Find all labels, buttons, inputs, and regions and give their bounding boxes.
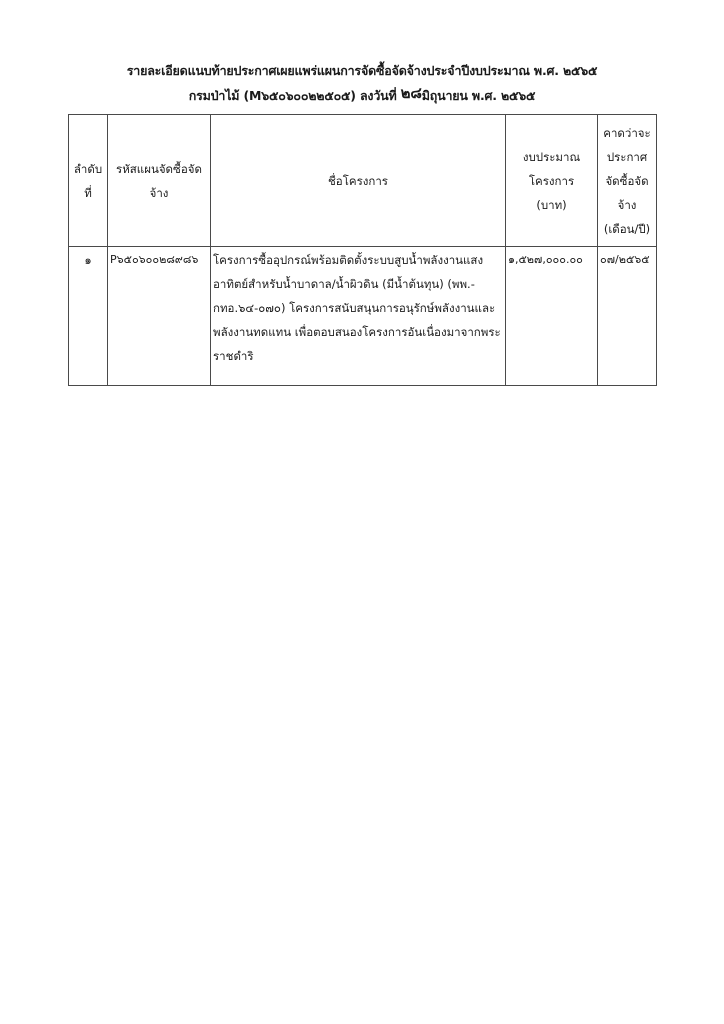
subtitle-suffix: มิถุนายน พ.ศ. ๒๕๖๕ bbox=[422, 88, 536, 103]
subtitle-prefix: กรมป่าไม้ (M๖๕๐๖๐๐๒๒๕๐๕) ลงวันที่ bbox=[189, 88, 401, 103]
header-expected-date: คาดว่าจะ ประกาศ จัดซื้อจัด จ้าง (เดือน/ป… bbox=[598, 115, 657, 247]
procurement-plan-table: ลำดับ ที่ รหัสแผนจัดซื้อจัด จ้าง ชื่อโคร… bbox=[68, 114, 657, 386]
document-subtitle: กรมป่าไม้ (M๖๕๐๖๐๐๒๒๕๐๕) ลงวันที่ ๒๘มิถุ… bbox=[0, 87, 724, 104]
header-no: ลำดับ ที่ bbox=[69, 115, 108, 247]
cell-budget: ๑,๕๒๗,๐๐๐.๐๐ bbox=[506, 247, 598, 386]
cell-project-name: โครงการซื้ออุปกรณ์พร้อมติดตั้งระบบสูบน้ำ… bbox=[211, 247, 506, 386]
header-budget: งบประมาณ โครงการ (บาท) bbox=[506, 115, 598, 247]
header-plan-code: รหัสแผนจัดซื้อจัด จ้าง bbox=[108, 115, 211, 247]
table-header-row: ลำดับ ที่ รหัสแผนจัดซื้อจัด จ้าง ชื่อโคร… bbox=[69, 115, 657, 247]
cell-expected-date: ๐๗/๒๕๖๕ bbox=[598, 247, 657, 386]
document-title: รายละเอียดแนบท้ายประกาศเผยแพร่แผนการจัดซ… bbox=[0, 63, 724, 79]
subtitle-day: ๒๘ bbox=[401, 84, 422, 102]
header-project-name: ชื่อโครงการ bbox=[211, 115, 506, 247]
cell-no: ๑ bbox=[69, 247, 108, 386]
cell-plan-code: P๖๕๐๖๐๐๒๘๙๘๖ bbox=[108, 247, 211, 386]
table-row: ๑ P๖๕๐๖๐๐๒๘๙๘๖ โครงการซื้ออุปกรณ์พร้อมติ… bbox=[69, 247, 657, 386]
